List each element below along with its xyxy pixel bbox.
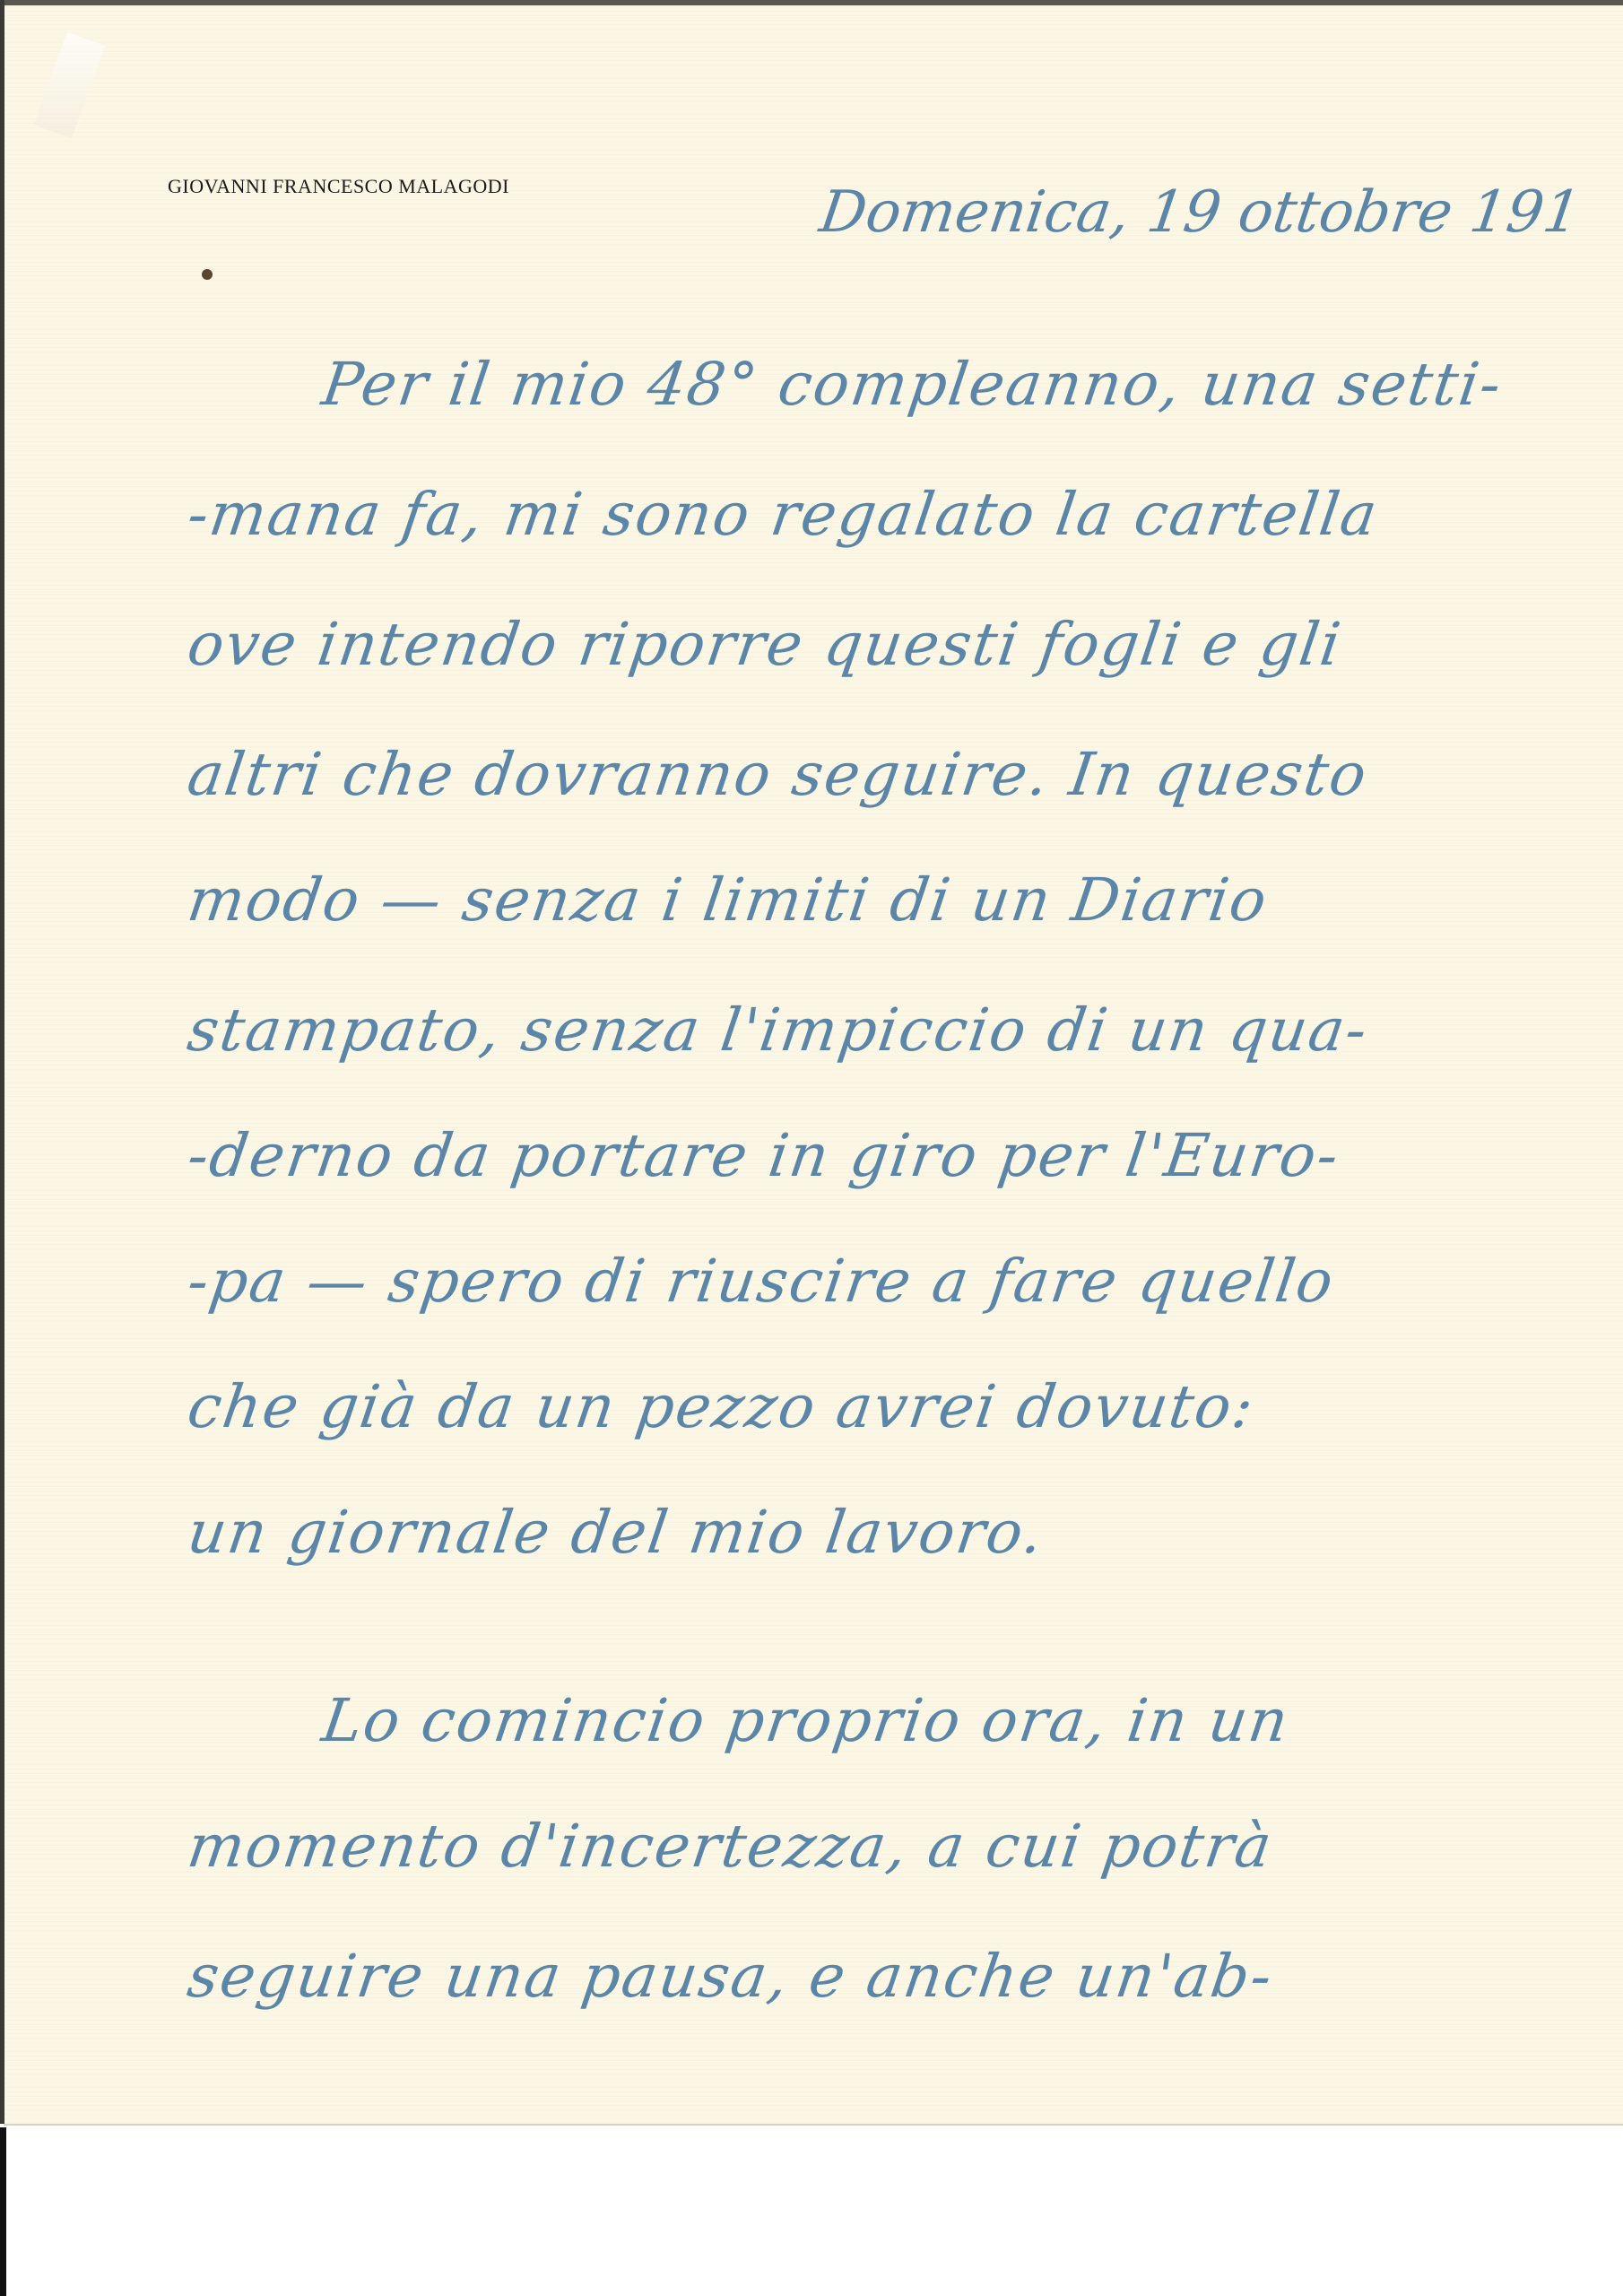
handwritten-line: Per il mio 48° compleanno, una setti-: [318, 350, 1507, 419]
handwritten-line: altri che dovranno seguire. In questo: [184, 740, 1373, 809]
scan-top-edge: [0, 0, 1623, 5]
scan-bottom-left-strip: [0, 2127, 6, 2296]
handwritten-line: -pa — spero di riuscire a fare quello: [184, 1247, 1340, 1316]
handwritten-line: stampato, senza l'impiccio di un qua-: [184, 996, 1373, 1065]
handwritten-line: modo — senza i limiti di un Diario: [184, 865, 1272, 935]
ink-stain: [202, 269, 213, 280]
letterhead: GIOVANNI FRANCESCO MALAGODI: [168, 175, 509, 198]
handwritten-line: ove intendo riporre questi fogli e gli: [184, 610, 1347, 679]
handwritten-line: seguire una pausa, e anche un'ab-: [184, 1942, 1278, 2011]
handwritten-line: Lo comincio proprio ora, in un: [318, 1686, 1294, 1755]
letter-date: Domenica, 19 ottobre 191: [816, 179, 1584, 246]
letter-page: [4, 4, 1623, 2126]
handwritten-line: che già da un pezzo avrei dovuto:: [184, 1372, 1260, 1441]
handwritten-line: un giornale del mio lavoro.: [184, 1498, 1049, 1567]
scan-left-edge: [0, 0, 4, 2124]
handwritten-line: -mana fa, mi sono regalato la cartella: [184, 480, 1383, 549]
handwritten-line: -derno da portare in giro per l'Euro-: [184, 1121, 1344, 1190]
handwritten-line: momento d'incertezza, a cui potrà: [184, 1812, 1278, 1881]
